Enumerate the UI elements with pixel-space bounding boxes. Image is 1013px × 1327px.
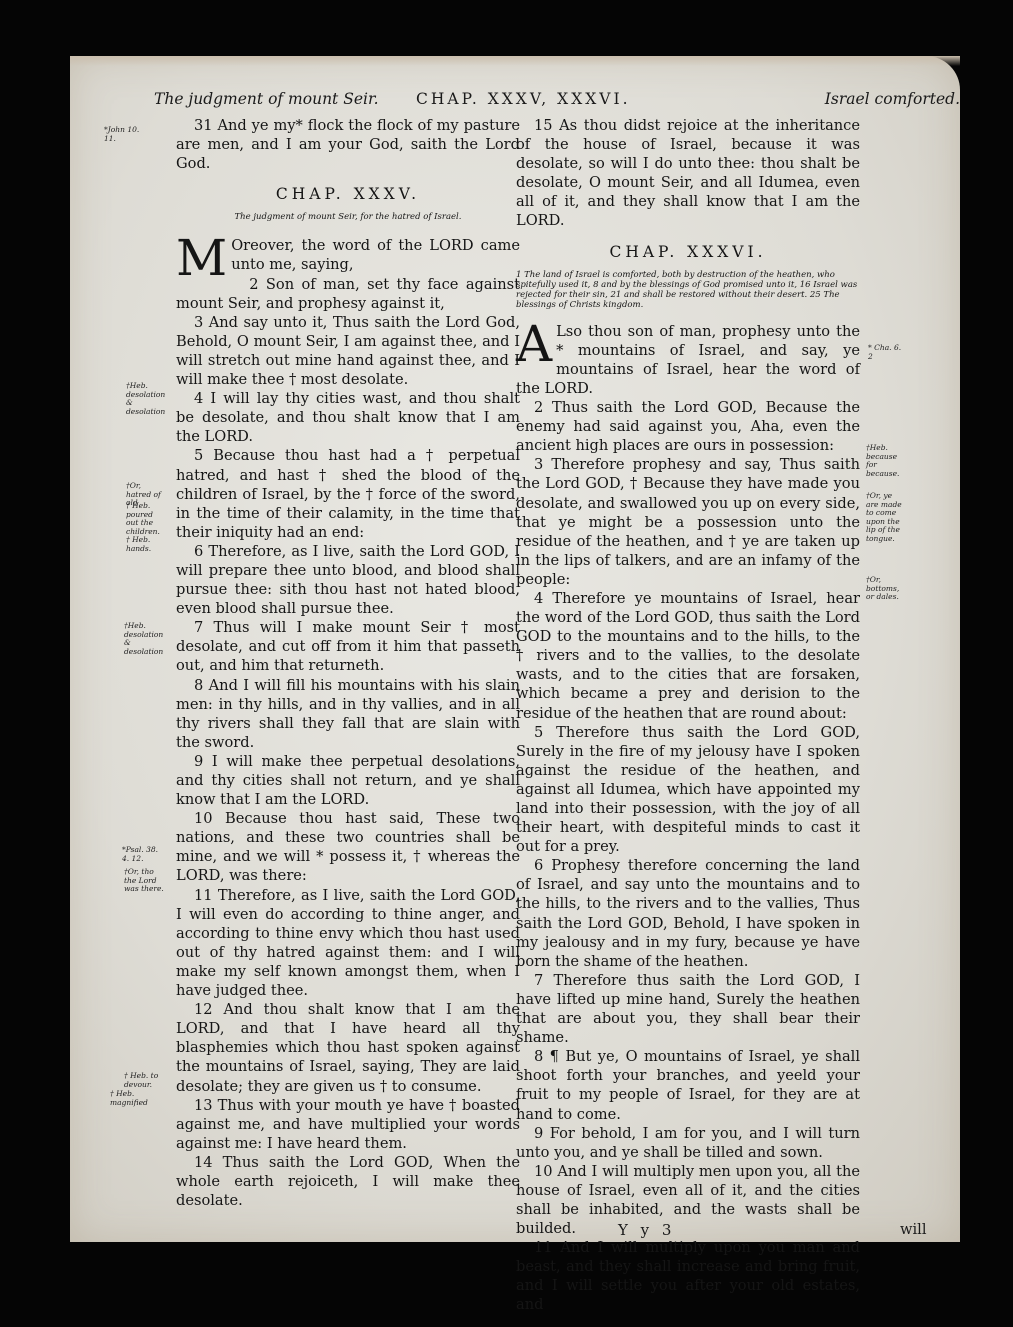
verse-1-xxxv: MOreover, the word of the LORD came unto… (176, 236, 520, 274)
left-column: 31 And ye my* flock the flock of my past… (176, 116, 520, 1210)
margin-note: † Heb. magnified (110, 1090, 150, 1107)
verse: 6 Therefore, as I live, saith the Lord G… (176, 542, 520, 618)
margin-note: * Cha. 6. 2 (868, 344, 908, 361)
running-head-right: Israel comforted. (825, 90, 960, 108)
chapter-summary-xxxvi: 1 The land of Israel is comforted, both … (516, 270, 860, 310)
margin-note: †Or, bottoms, or dales. (866, 576, 906, 602)
book-page: The judgment of mount Seir. CHAP. XXXV, … (70, 56, 960, 1242)
dropcap-a: A (516, 324, 552, 364)
catchword: will (900, 1221, 927, 1238)
verse: 12 And thou shalt know that I am the LOR… (176, 1000, 520, 1095)
verse: 3 And say unto it, Thus saith the Lord G… (176, 313, 520, 389)
verse: 8 ¶ But ye, O mountains of Israel, ye sh… (516, 1047, 860, 1123)
verse: 5 Because thou hast had a † perpetual ha… (176, 446, 520, 541)
verse: 4 Therefore ye mountains of Israel, hear… (516, 589, 860, 723)
verse: 6 Prophesy therefore concerning the land… (516, 856, 860, 971)
signature-mark: Y y 3 (618, 1221, 675, 1239)
chapter-heading-xxxvi: CHAP. XXXVI. (516, 243, 860, 262)
verse: 2 Thus saith the Lord GOD, Because the e… (516, 398, 860, 455)
margin-note: † Heb. hands. (126, 536, 166, 553)
verse: 5 Therefore thus saith the Lord GOD, Sur… (516, 723, 860, 857)
margin-note: †Heb. desolation & desolation (124, 622, 164, 656)
margin-note: †Heb. desolation & desolation (126, 382, 166, 416)
margin-note: *John 10. 11. (104, 126, 144, 143)
verse-1-xxxvi: ALso thou son of man, prophesy unto the … (516, 322, 860, 398)
dropcap-m: M (176, 238, 227, 278)
chapter-summary-xxxv: The judgment of mount Seir, for the hatr… (176, 212, 520, 222)
verse: 8 And I will fill his mountains with his… (176, 676, 520, 752)
verse: 2 Son of man, set thy face against mount… (176, 275, 520, 313)
verse: 10 Because thou hast said, These two nat… (176, 809, 520, 885)
chapter-heading-xxxv: CHAP. XXXV. (176, 185, 520, 204)
verse: 11 And I will multiply upon you man and … (516, 1238, 860, 1314)
margin-note: †Or, ye are made to come upon the lip of… (866, 492, 906, 544)
verse: 3 Therefore prophesy and say, Thus saith… (516, 455, 860, 589)
verse: 14 Thus saith the Lord GOD, When the who… (176, 1153, 520, 1210)
verse: 9 I will make thee perpetual desolations… (176, 752, 520, 809)
verse: 9 For behold, I am for you, and I will t… (516, 1124, 860, 1162)
running-head-left: The judgment of mount Seir. (154, 90, 379, 108)
verse-31: 31 And ye my* flock the flock of my past… (176, 116, 520, 173)
margin-note: †Heb. because for because. (866, 444, 906, 478)
verse: 10 And I will multiply men upon you, all… (516, 1162, 860, 1238)
verse: 13 Thus with your mouth ye have † boaste… (176, 1096, 520, 1153)
running-head: The judgment of mount Seir. CHAP. XXXV, … (154, 90, 974, 112)
margin-note: *Psal. 38. 4. 12. (122, 846, 162, 863)
margin-note: † Heb. poured out the children. (126, 502, 166, 536)
verse-15: 15 As thou didst rejoice at the inherita… (516, 116, 860, 231)
running-head-center: CHAP. XXXV, XXXVI. (416, 90, 631, 108)
margin-note: †Or, tho the Lord was there. (124, 868, 164, 894)
right-column: 15 As thou didst rejoice at the inherita… (516, 116, 860, 1315)
verse: 7 Therefore thus saith the Lord GOD, I h… (516, 971, 860, 1047)
verse: 7 Thus will I make mount Seir † most des… (176, 618, 520, 675)
margin-note: † Heb. to devour. (124, 1072, 164, 1089)
verse: 11 Therefore, as I live, saith the Lord … (176, 886, 520, 1001)
verse: 4 I will lay thy cities wast, and thou s… (176, 389, 520, 446)
